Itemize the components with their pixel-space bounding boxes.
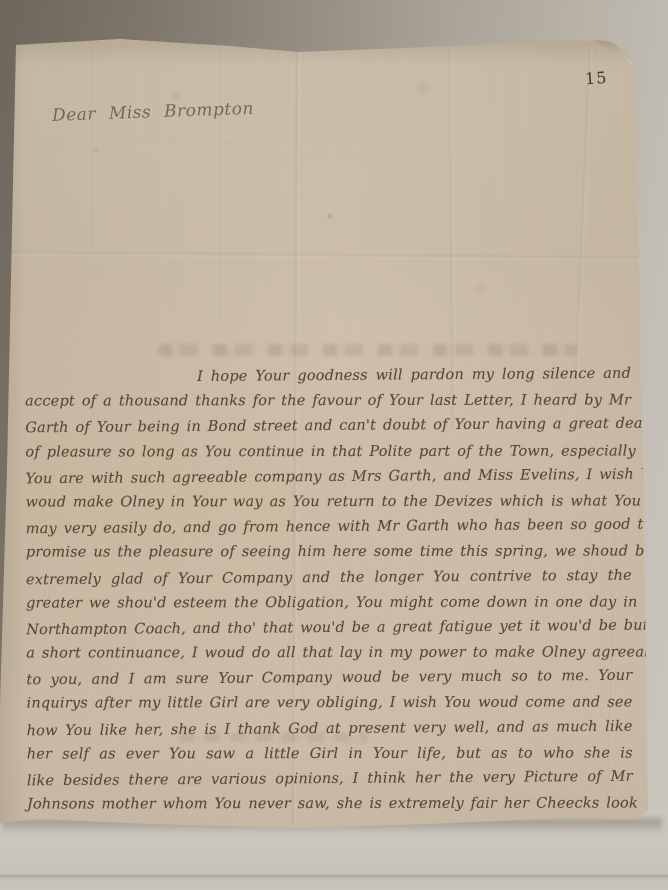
body-line: greater we shou'd esteem the Obligation,…: [26, 590, 632, 616]
letter-paper: 15 Dear Miss Brompton I hope Your goodne…: [0, 0, 668, 890]
body-line: may very easily do, and go from hence wi…: [26, 513, 632, 543]
fold-crease-horizontal-main: [12, 251, 640, 260]
salutation: Dear Miss Brompton: [52, 98, 273, 126]
body-line: extremely glad of Your Company and the l…: [26, 563, 632, 593]
fold-crease-vertical-left: [220, 50, 223, 320]
ink-bleedthrough: [158, 344, 578, 356]
paper-top-edge-shading: [14, 40, 636, 66]
fold-crease-horizontal-faint: [14, 142, 314, 148]
letter-body: I hope Your goodness will pardon my long…: [25, 363, 633, 819]
body-line: Garth of Your being in Bond street and c…: [25, 412, 631, 442]
fold-crease-vertical-faint: [92, 48, 95, 248]
body-line: like besides there are various opinions,…: [27, 765, 633, 795]
body-line: inquirys after my little Girl are very o…: [26, 691, 632, 717]
body-line: woud make Olney in Your way as You retur…: [26, 489, 632, 515]
body-line: I hope Your goodness will pardon my long…: [25, 362, 631, 392]
body-line: Northampton Coach, and tho' that wou'd b…: [26, 614, 632, 644]
body-line: her self as ever You saw a little Girl i…: [27, 741, 633, 767]
body-line: a short continuance, I woud do all that …: [26, 641, 632, 667]
folio-number: 15: [584, 67, 625, 89]
letter-photograph: 15 Dear Miss Brompton I hope Your goodne…: [0, 0, 668, 890]
body-line: of pleasure so long as You continue in t…: [25, 439, 631, 465]
body-line: to you, and I am sure Your Company woud …: [26, 664, 632, 694]
dog-ear-corner: [594, 36, 638, 70]
body-line: how You like her, she is I thank God at …: [27, 714, 633, 744]
body-line: promise us the pleasure of seeing him he…: [26, 540, 632, 566]
body-line: You are with such agreeable company as M…: [25, 462, 631, 492]
fold-crease-vertical-far-right: [575, 44, 593, 374]
body-line: Johnsons mother whom You never saw, she …: [27, 792, 633, 818]
body-line: accept of a thousand thanks for the favo…: [25, 389, 631, 415]
